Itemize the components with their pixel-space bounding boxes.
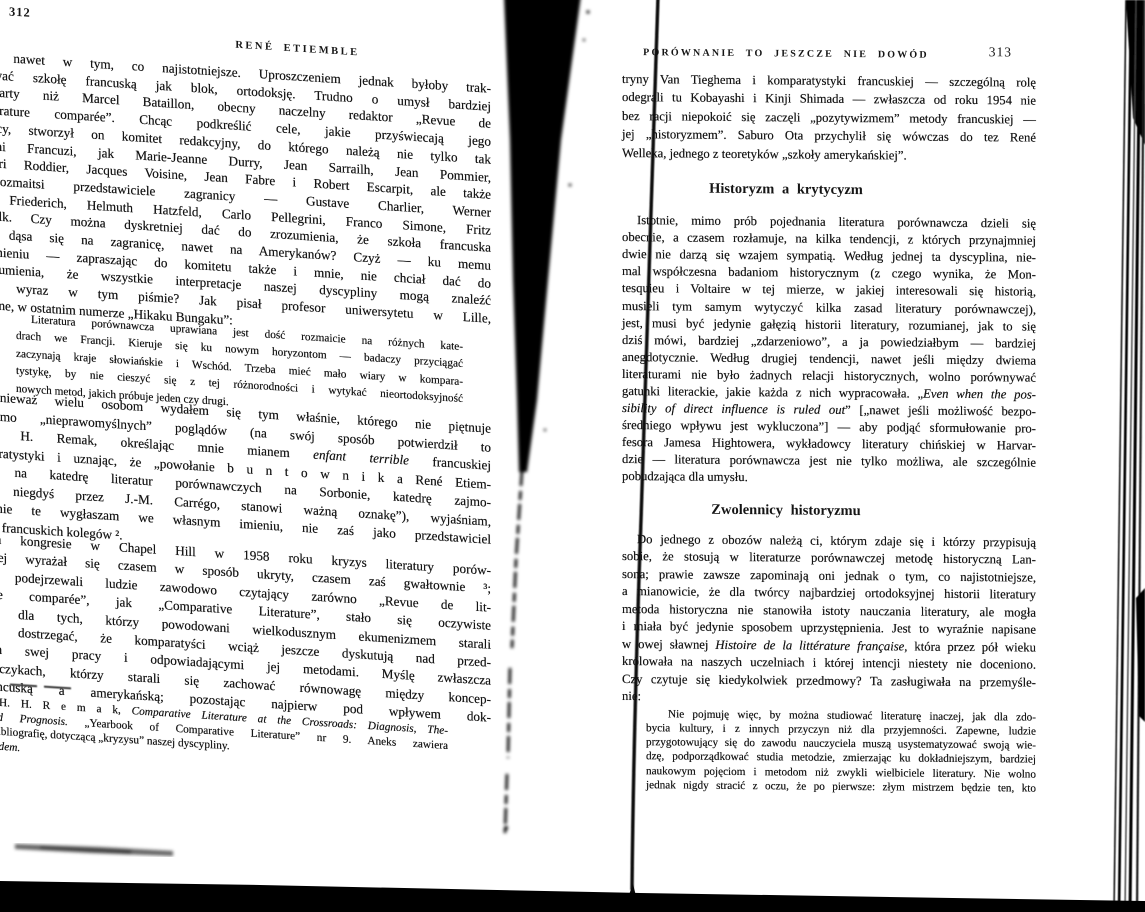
left-paragraph-3: Na kongresie w Chapel Hill w 1958 roku k… (0, 530, 491, 727)
right-running-header: PORÓWNANIE TO JESZCZE NIE DOWÓD (643, 47, 929, 60)
right-block-quote: Nie pojmuję więc, by można studiować lit… (646, 707, 1036, 796)
text-line: Czy czytuje się kiedykolwiek przedmowy? … (622, 671, 1036, 692)
text-line: jednak nigdy stracić z oczu, że po pierw… (646, 778, 1036, 796)
bottom-scan-edge (0, 881, 1145, 912)
left-page: 312 RENÉ ETIEMBLE ię nawet w tym, co naj… (0, 0, 491, 786)
right-paragraph-3: Do jednego z obozów należą ci, którym zd… (622, 531, 1036, 710)
page-edge-streaks (1114, 0, 1145, 912)
smudge-mark (15, 844, 173, 856)
right-paragraph-2: Istotnie, mimo prób pojednania literatur… (622, 212, 1036, 489)
section-heading-historyzm: Historyzm a krytycyzm (622, 180, 1036, 201)
scanned-book-spread: 312 RENÉ ETIEMBLE ię nawet w tym, co naj… (0, 0, 1145, 912)
left-paragraph-1: ię nawet w tym, co najistotniejsze. Upro… (0, 48, 491, 345)
right-page: PORÓWNANIE TO JESZCZE NIE DOWÓD 313 tryn… (622, 0, 1036, 796)
right-paragraph-1: tryny Van Tieghema i komparatystyki fran… (622, 70, 1036, 166)
text-line: nie: (622, 688, 1036, 709)
right-header-row: PORÓWNANIE TO JESZCZE NIE DOWÓD 313 (622, 42, 1036, 61)
right-page-number: 313 (989, 44, 1012, 60)
text-line: pobudzająca dla umysłu. (622, 468, 1036, 489)
gutter-shadow (504, 0, 590, 833)
text-line: Welleka, jednego z teoretyków „szkoły am… (622, 144, 1036, 166)
section-heading-zwolennicy: Zwolennicy historyzmu (622, 501, 1036, 522)
